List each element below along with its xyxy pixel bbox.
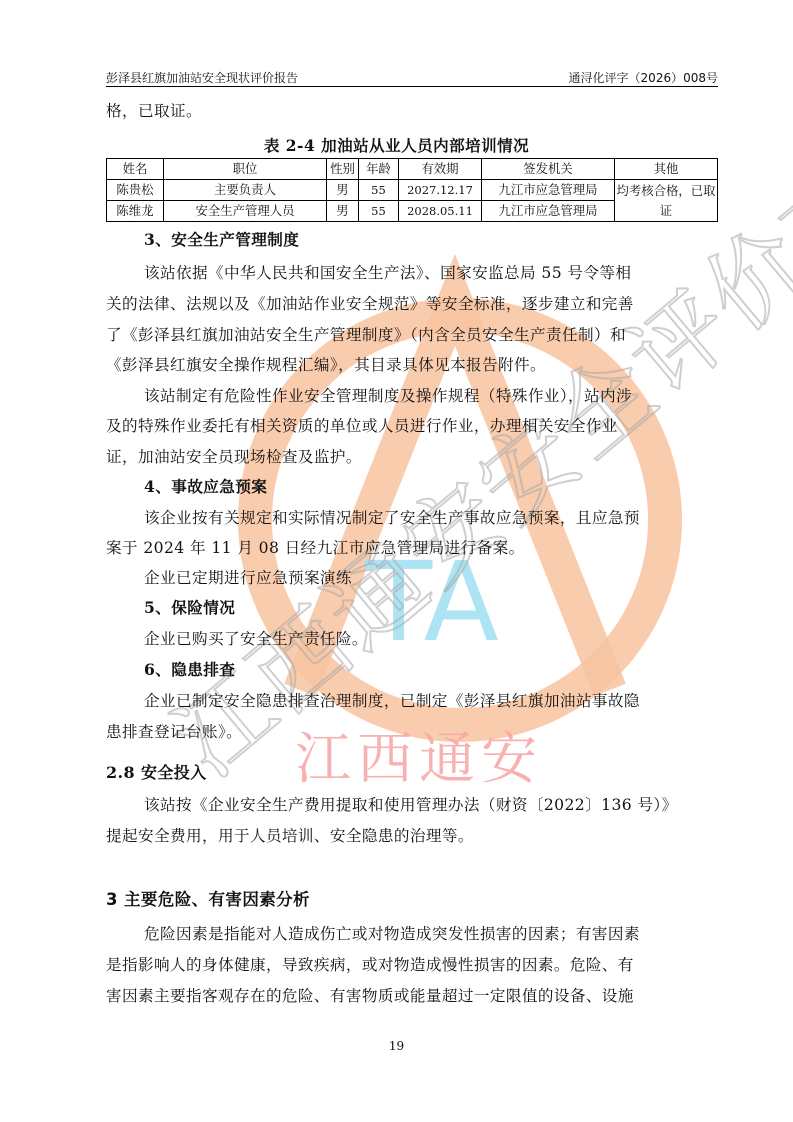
training-table: 姓名 职位 性别 年龄 有效期 签发机关 其他 陈贵松 主要负责人 男 55 2…: [106, 158, 718, 222]
table-cell: 2028.05.11: [399, 201, 482, 222]
svg-text:TA: TA: [364, 538, 499, 666]
paragraph-line: 企业已购买了安全生产责任险。: [144, 631, 368, 647]
table-header-cell: 有效期: [399, 159, 482, 180]
table-header-cell: 签发机关: [482, 159, 615, 180]
page-number: 19: [0, 1039, 793, 1053]
heading-safety-investment: 2.8 安全投入: [106, 765, 207, 781]
heading-hazard-analysis: 3 主要危险、有害因素分析: [106, 892, 310, 908]
table-cell: 安全生产管理人员: [164, 201, 327, 222]
paragraph-line: 该站按《企业安全生产费用提取和使用管理办法（财资〔2022〕136 号）》: [144, 797, 678, 813]
table-cell: 主要负责人: [164, 180, 327, 201]
paragraph-line: 该站依据《中华人民共和国安全生产法》、国家安监总局 55 号令等相: [144, 265, 631, 281]
header-report-number: 通浔化评字（2026）008号: [569, 69, 718, 86]
paragraph-line: 危险因素是指能对人造成伤亡或对物造成突发性损害的因素；有害因素: [144, 926, 640, 942]
table-header-cell: 职位: [164, 159, 327, 180]
paragraph-line: 害因素主要指客观存在的危险、有害物质或能量超过一定限值的设备、设施: [106, 988, 634, 1004]
table-cell: 九江市应急管理局: [482, 180, 615, 201]
header-report-title: 彭泽县红旗加油站安全现状评价报告: [106, 69, 298, 86]
page-header: 彭泽县红旗加油站安全现状评价报告 通浔化评字（2026）008号: [106, 68, 718, 87]
continuation-text: 格，已取证。: [106, 103, 202, 119]
paragraph-line: 提起安全费用，用于人员培训、安全隐患的治理等。: [106, 828, 474, 844]
table-cell: 2027.12.17: [399, 180, 482, 201]
paragraph-line: 企业已制定安全隐患排查治理制度，已制定《彭泽县红旗加油站事故隐: [144, 693, 640, 709]
paragraph-line: 关的法律、法规以及《加油站作业安全规范》等安全标准，逐步建立和完善: [106, 296, 634, 312]
table-cell: 陈维龙: [107, 201, 164, 222]
paragraph-line: 企业已定期进行应急预案演练: [144, 570, 352, 586]
paragraph-line: 患排查登记台账》。: [106, 724, 242, 740]
table-row: 陈贵松 主要负责人 男 55 2027.12.17 九江市应急管理局 均考核合格…: [107, 180, 718, 201]
paragraph-line: 是指影响人的身体健康，导致疾病，或对物造成慢性损害的因素。危险、有: [106, 957, 634, 973]
table-header-cell: 其他: [615, 159, 718, 180]
table-cell: 55: [359, 201, 399, 222]
table-header-cell: 年龄: [359, 159, 399, 180]
table-cell: 男: [327, 201, 359, 222]
watermark-company-text: 江西通安: [295, 715, 543, 795]
document-page: 彭泽县红旗加油站安全现状评价报告 通浔化评字（2026）008号 TA 江西通安…: [0, 0, 793, 1122]
table-caption: 表 2-4 加油站从业人员内部培训情况: [0, 134, 793, 156]
table-header-cell: 姓名: [107, 159, 164, 180]
paragraph-line: 《彭泽县红旗安全操作规程汇编》，其目录具体见本报告附件。: [106, 357, 546, 373]
paragraph-line: 案于 2024 年 11 月 08 日经九江市应急管理局进行备案。: [106, 540, 525, 556]
heading-emergency-plan: 4、事故应急预案: [144, 479, 267, 495]
paragraph-line: 及的特殊作业委托有相关资质的单位或人员进行作业，办理相关安全作业: [106, 418, 618, 434]
table-cell-other: 均考核合格，已取证: [615, 180, 718, 222]
heading-hazard-inspection: 6、隐患排查: [144, 662, 235, 678]
table-cell: 55: [359, 180, 399, 201]
table-cell: 九江市应急管理局: [482, 201, 615, 222]
table-cell: 男: [327, 180, 359, 201]
table-cell: 陈贵松: [107, 180, 164, 201]
paragraph-line: 了《彭泽县红旗加油站安全生产管理制度》（内含全员安全生产责任制）和: [106, 327, 626, 343]
paragraph-line: 证，加油站安全员现场检查及监护。: [106, 449, 362, 465]
paragraph-line: 该企业按有关规定和实际情况制定了安全生产事故应急预案，且应急预: [144, 510, 640, 526]
heading-insurance: 5、保险情况: [144, 600, 235, 616]
table-header-cell: 性别: [327, 159, 359, 180]
heading-safety-management: 3、安全生产管理制度: [144, 232, 299, 248]
table-header-row: 姓名 职位 性别 年龄 有效期 签发机关 其他: [107, 159, 718, 180]
paragraph-line: 该站制定有危险性作业安全管理制度及操作规程（特殊作业），站内涉: [144, 388, 632, 404]
